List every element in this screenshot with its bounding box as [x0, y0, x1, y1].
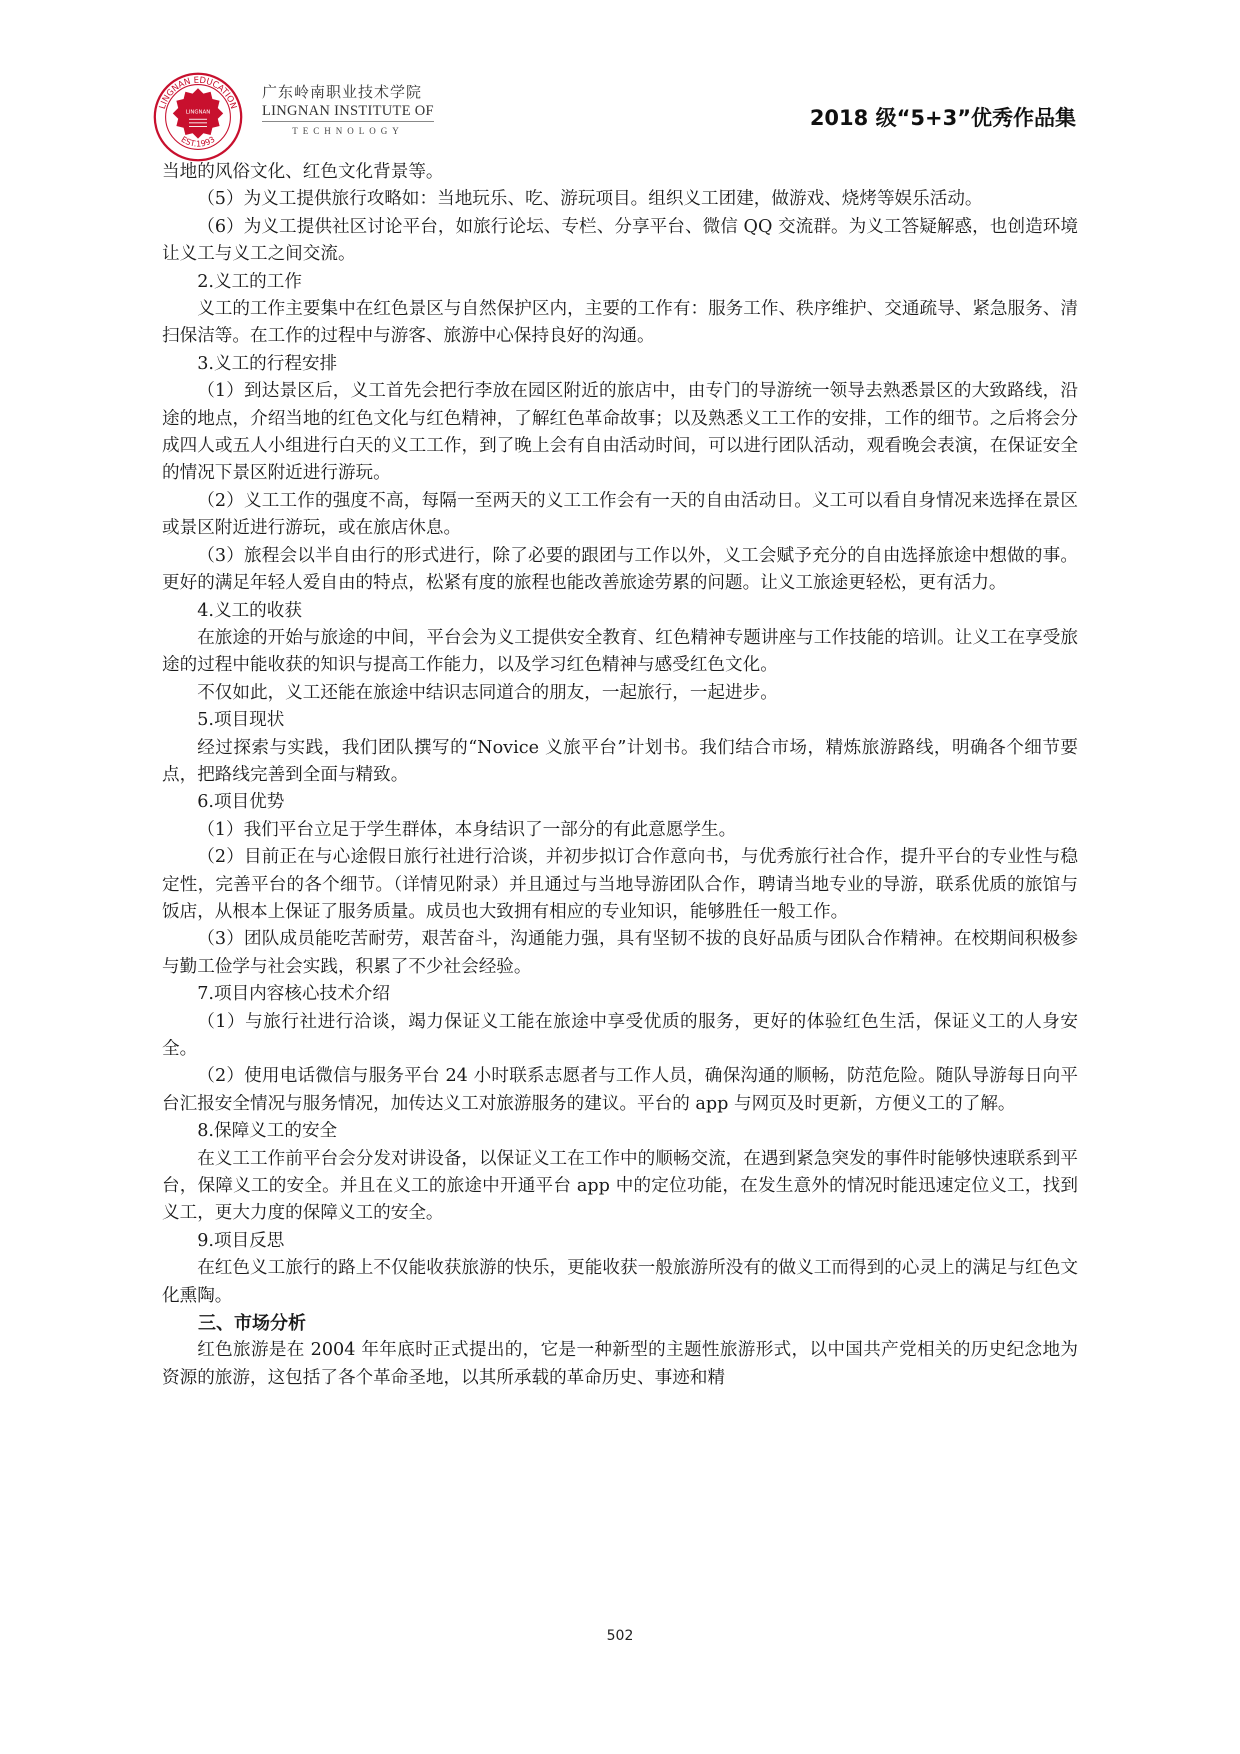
- paragraph: （5）为义工提供旅行攻略如：当地玩乐、吃、游玩项目。组织义工团建，做游戏、烧烤等…: [162, 186, 1078, 213]
- paragraph: （2）目前正在与心途假日旅行社进行洽谈，并初步拟订合作意向书，与优秀旅行社合作，…: [162, 844, 1078, 926]
- paragraph: 9.项目反思: [162, 1228, 1078, 1255]
- paragraph: （1）到达景区后，义工首先会把行李放在园区附近的旅店中，由专门的导游统一领导去熟…: [162, 378, 1078, 488]
- paragraph: 在旅途的开始与旅途的中间，平台会为义工提供安全教育、红色精神专题讲座与工作技能的…: [162, 625, 1078, 680]
- paragraph: （3）团队成员能吃苦耐劳，艰苦奋斗，沟通能力强，具有坚韧不拔的良好品质与团队合作…: [162, 926, 1078, 981]
- page-header: LINGNAN EDUCATION EST.1993 LINGNAN 广东岭南职…: [150, 68, 1090, 168]
- paragraph: 当地的风俗文化、红色文化背景等。: [162, 159, 1078, 186]
- document-body: 当地的风俗文化、红色文化背景等。（5）为义工提供旅行攻略如：当地玩乐、吃、游玩项…: [162, 159, 1078, 1392]
- paragraph: 3.义工的行程安排: [162, 351, 1078, 378]
- paragraph: 在义工工作前平台会分发对讲设备，以保证义工在工作中的顺畅交流，在遇到紧急突发的事…: [162, 1146, 1078, 1228]
- paragraph: 红色旅游是在 2004 年年底时正式提出的，它是一种新型的主题性旅游形式，以中国…: [162, 1337, 1078, 1392]
- paragraph: 7.项目内容核心技术介绍: [162, 981, 1078, 1008]
- institution-name-en-line2: TECHNOLOGY: [262, 126, 434, 136]
- paragraph: 义工的工作主要集中在红色景区与自然保护区内，主要的工作有：服务工作、秩序维护、交…: [162, 296, 1078, 351]
- paragraph: 在红色义工旅行的路上不仅能收获旅游的快乐，更能收获一般旅游所没有的做义工而得到的…: [162, 1255, 1078, 1310]
- paragraph: （2）使用电话微信与服务平台 24 小时联系志愿者与工作人员，确保沟通的顺畅，防…: [162, 1063, 1078, 1118]
- institution-name: 广东岭南职业技术学院 LINGNAN INSTITUTE OF TECHNOLO…: [262, 82, 434, 136]
- paragraph: 2.义工的工作: [162, 269, 1078, 296]
- svg-text:LINGNAN: LINGNAN: [186, 109, 210, 115]
- paragraph: （3）旅程会以半自由行的形式进行，除了必要的跟团与工作以外，义工会赋予充分的自由…: [162, 543, 1078, 598]
- paragraph: 5.项目现状: [162, 707, 1078, 734]
- paragraph: 经过探索与实践，我们团队撰写的“Novice 义旅平台”计划书。我们结合市场，精…: [162, 735, 1078, 790]
- section-heading: 三、市场分析: [162, 1310, 1078, 1337]
- paragraph: 8.保障义工的安全: [162, 1118, 1078, 1145]
- institution-name-en: LINGNAN INSTITUTE OF: [262, 102, 434, 122]
- institution-name-cn: 广东岭南职业技术学院: [262, 82, 434, 102]
- series-title: 2018 级“5+3”优秀作品集: [810, 102, 1076, 132]
- page-number: 502: [0, 1628, 1240, 1644]
- paragraph: （2）义工工作的强度不高，每隔一至两天的义工工作会有一天的自由活动日。义工可以看…: [162, 488, 1078, 543]
- paragraph: （1）我们平台立足于学生群体，本身结识了一部分的有此意愿学生。: [162, 817, 1078, 844]
- paragraph: 4.义工的收获: [162, 598, 1078, 625]
- paragraph: 6.项目优势: [162, 789, 1078, 816]
- paragraph: （1）与旅行社进行洽谈，竭力保证义工能在旅途中享受优质的服务，更好的体验红色生活…: [162, 1009, 1078, 1064]
- lingnan-logo-icon: LINGNAN EDUCATION EST.1993 LINGNAN: [153, 72, 243, 162]
- paragraph: 不仅如此，义工还能在旅途中结识志同道合的朋友，一起旅行，一起进步。: [162, 680, 1078, 707]
- paragraph: （6）为义工提供社区讨论平台，如旅行论坛、专栏、分享平台、微信 QQ 交流群。为…: [162, 214, 1078, 269]
